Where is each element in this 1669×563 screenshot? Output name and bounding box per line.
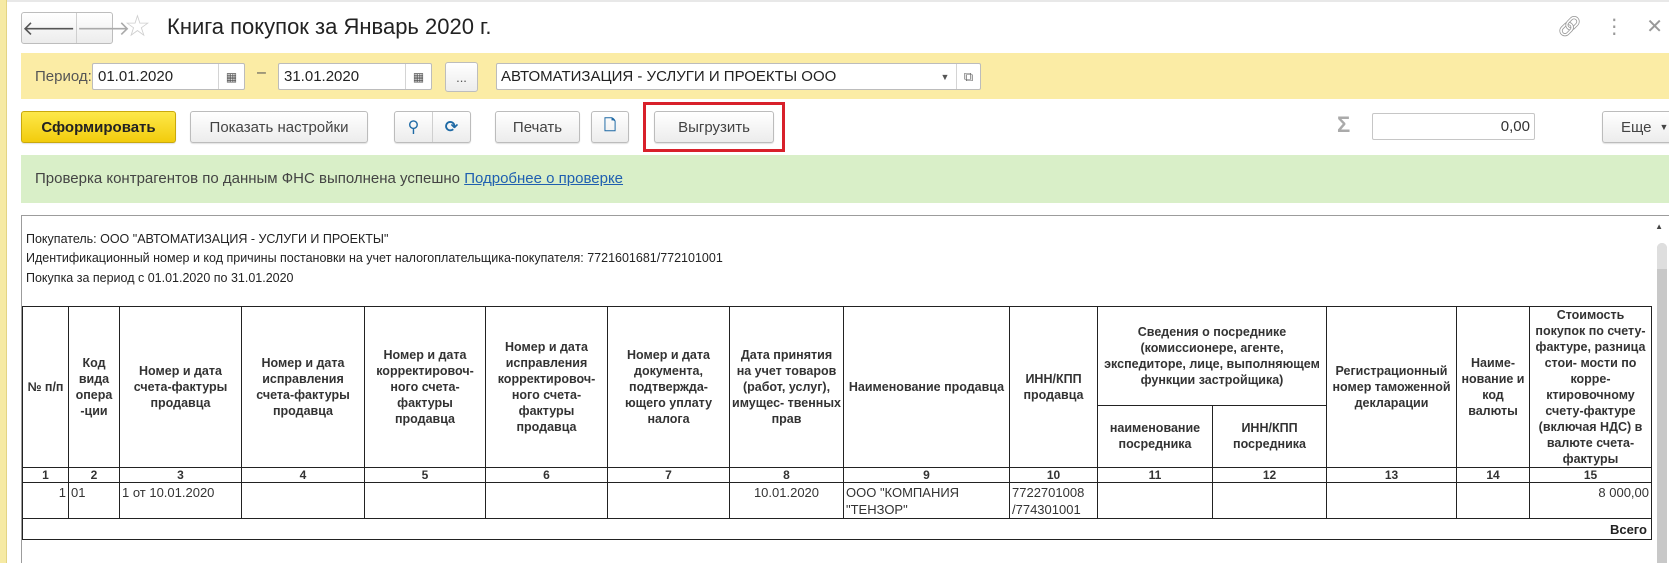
header-accept-date: Дата принятия на учет товаров (работ, ус… <box>730 307 844 468</box>
header-invoice-correction: Номер и дата исправления счета-фактуры п… <box>242 307 365 468</box>
sum-field: 0,00 <box>1372 113 1535 140</box>
organization-select[interactable]: АВТОМАТИЗАЦИЯ - УСЛУГИ И ПРОЕКТЫ ООО ▼ ⧉ <box>496 63 981 90</box>
table-row[interactable]: 1 01 1 от 10.01.2020 10.01.2020 ООО "КОМ… <box>23 483 1652 519</box>
link-icon[interactable]: 🔗︎ <box>1557 14 1582 39</box>
column-number: 1 <box>23 468 69 483</box>
period-line: Покупка за период с 01.01.2020 по 31.01.… <box>26 271 294 285</box>
header-agent-name: наименование посредника <box>1098 405 1213 467</box>
close-icon[interactable]: ✕ <box>1646 14 1663 39</box>
cell-agent-name[interactable] <box>1098 483 1213 519</box>
header-seller-inn: ИНН/КПП продавца <box>1010 307 1098 468</box>
generate-button[interactable]: Сформировать <box>21 111 176 143</box>
column-number: 6 <box>486 468 608 483</box>
buyer-line: Покупатель: ООО "АВТОМАТИЗАЦИЯ - УСЛУГИ … <box>26 232 388 246</box>
kebab-menu-icon[interactable]: ⋮ <box>1604 14 1624 39</box>
cell-customs-declaration[interactable] <box>1327 483 1457 519</box>
scroll-up-arrow[interactable]: ▲ <box>1655 222 1663 231</box>
header-operation-code: Код вида опера -ции <box>69 307 120 468</box>
cell-seller-inn[interactable]: 7722701008 /774301001 <box>1010 483 1098 519</box>
search-buttons: ⚲ ⟳ <box>394 111 471 143</box>
buyer-inn-line: Идентификационный номер и код причины по… <box>26 251 723 265</box>
cell-adjustment-correction[interactable] <box>486 483 608 519</box>
calendar-icon[interactable]: ▦ <box>218 64 244 89</box>
column-number: 15 <box>1530 468 1652 483</box>
cell-amount[interactable]: 8 000,00 <box>1530 483 1652 519</box>
column-number: 12 <box>1213 468 1327 483</box>
header-invoice: Номер и дата счета-фактуры продавца <box>120 307 242 468</box>
header-payment-document: Номер и дата документа, подтвержда- ющег… <box>608 307 730 468</box>
cell-invoice-correction[interactable] <box>242 483 365 519</box>
arrow-right-icon: 🡒 <box>77 16 131 41</box>
forward-button[interactable]: 🡒 <box>76 13 131 43</box>
cell-invoice[interactable]: 1 от 10.01.2020 <box>120 483 242 519</box>
top-border <box>7 0 1669 2</box>
navigation-buttons: 🡐 🡒 <box>21 12 113 44</box>
column-number: 7 <box>608 468 730 483</box>
column-number: 9 <box>844 468 1010 483</box>
column-number: 10 <box>1010 468 1098 483</box>
period-dash: – <box>257 64 266 82</box>
column-number: 3 <box>120 468 242 483</box>
cell-agent-inn[interactable] <box>1213 483 1327 519</box>
cell-accept-date[interactable]: 10.01.2020 <box>730 483 844 519</box>
column-number: 5 <box>365 468 486 483</box>
date-to-value[interactable]: 31.01.2020 <box>279 64 405 89</box>
verification-details-link[interactable]: Подробнее о проверке <box>464 170 623 187</box>
cell-adjustment-invoice[interactable] <box>365 483 486 519</box>
cell-payment-document[interactable] <box>608 483 730 519</box>
column-number: 2 <box>69 468 120 483</box>
cell-number[interactable]: 1 <box>23 483 69 519</box>
left-panel-edge <box>0 0 7 563</box>
date-from-value[interactable]: 01.01.2020 <box>93 64 218 89</box>
header-currency: Наиме- нование и код валюты <box>1457 307 1530 468</box>
column-number: 8 <box>730 468 844 483</box>
purchase-book-table: № п/п Код вида опера -ции Номер и дата с… <box>22 306 1652 540</box>
page-title: Книга покупок за Январь 2020 г. <box>167 12 492 42</box>
report-spreadsheet: Покупатель: ООО "АВТОМАТИЗАЦИЯ - УСЛУГИ … <box>21 215 1669 563</box>
header-number: № п/п <box>23 307 69 468</box>
more-label: Еще <box>1621 119 1652 136</box>
column-number: 4 <box>242 468 365 483</box>
notice-text: Проверка контрагентов по данным ФНС выпо… <box>35 170 464 187</box>
calendar-icon[interactable]: ▦ <box>405 64 431 89</box>
total-label: Всего <box>23 519 1652 540</box>
total-row: Всего <box>23 519 1652 540</box>
header-adjustment-invoice: Номер и дата корректировоч- ного счета-ф… <box>365 307 486 468</box>
document-search-icon: 🗋 <box>604 115 616 140</box>
header-amount: Стоимость покупок по счету-фактуре, разн… <box>1530 307 1652 468</box>
header-adjustment-correction: Номер и дата исправления корректировоч- … <box>486 307 608 468</box>
cell-currency[interactable] <box>1457 483 1530 519</box>
column-numbers-row: 1 2 3 4 5 6 7 8 9 10 11 12 13 14 15 <box>23 468 1652 483</box>
header-seller-name: Наименование продавца <box>844 307 1010 468</box>
header-customs-declaration: Регистрационный номер таможенной деклара… <box>1327 307 1457 468</box>
select-period-button[interactable]: ... <box>445 62 478 92</box>
column-number: 14 <box>1457 468 1530 483</box>
sum-icon: Σ <box>1337 112 1350 138</box>
date-to-field[interactable]: 31.01.2020 ▦ <box>278 63 432 90</box>
column-number: 11 <box>1098 468 1213 483</box>
show-settings-button[interactable]: Показать настройки <box>190 111 368 143</box>
more-button[interactable]: Еще ▼ <box>1602 111 1669 143</box>
print-button[interactable]: Печать <box>495 111 580 143</box>
cell-seller-name[interactable]: ООО "КОМПАНИЯ "ТЕНЗОР" <box>844 483 1010 519</box>
column-number: 13 <box>1327 468 1457 483</box>
search-icon[interactable]: ⚲ <box>395 112 432 142</box>
chevron-down-icon[interactable]: ▼ <box>934 64 956 89</box>
highlight-frame <box>643 102 785 152</box>
header-agent-inn: ИНН/КПП посредника <box>1213 405 1327 467</box>
star-icon[interactable]: ☆ <box>124 10 151 44</box>
back-button[interactable]: 🡐 <box>22 13 76 43</box>
arrow-left-icon: 🡐 <box>22 16 76 41</box>
vertical-scrollbar[interactable] <box>1657 243 1667 563</box>
cell-operation-code[interactable]: 01 <box>69 483 120 519</box>
print-preview-button[interactable]: 🗋 <box>591 111 629 143</box>
header-agent-group: Сведения о посреднике (комиссионере, аге… <box>1098 307 1327 406</box>
verification-notice: Проверка контрагентов по данным ФНС выпо… <box>21 155 1669 203</box>
open-form-icon[interactable]: ⧉ <box>956 64 980 89</box>
chevron-down-icon: ▼ <box>1660 122 1669 132</box>
date-from-field[interactable]: 01.01.2020 ▦ <box>92 63 245 90</box>
period-label: Период: <box>35 67 92 87</box>
window-controls: 🔗︎ ⋮ ✕ <box>1557 14 1669 39</box>
search-next-icon[interactable]: ⟳ <box>432 112 470 142</box>
organization-value[interactable]: АВТОМАТИЗАЦИЯ - УСЛУГИ И ПРОЕКТЫ ООО <box>497 64 934 89</box>
